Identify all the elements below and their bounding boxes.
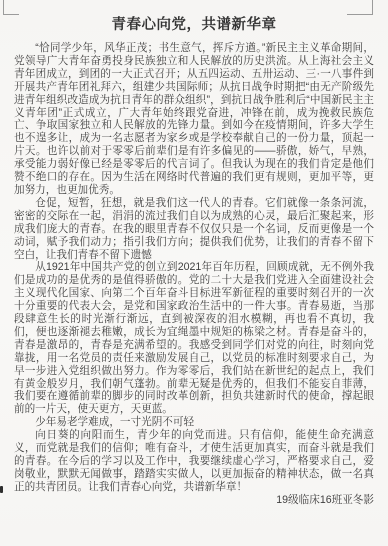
essay-subheading-line: 少年易老学难成，一寸光阴不可轻 [14,416,374,429]
essay-paragraph-5: 向日葵的向阳而生，青少年的向党而进。只有信仰，能使生命充满意义，而党就是我们的信… [14,429,374,494]
essay-title: 青春心向党，共谱新华章 [14,15,374,35]
essay-paragraph-1: “恰同学少年，风华正茂；书生意气，挥斥方遒。”新民主主义革命期间，党领导广大青年… [14,42,374,197]
essay-paragraph-3: 从1921年中国共产党的创立到2021年百年历程，回顾成就，无不例外我们是成功的… [14,261,374,416]
scanned-essay-page: 青春心向党，共谱新华章 “恰同学少年，风华正茂；书生意气，挥斥方遒。”新民主主义… [0,0,388,546]
essay-content: 青春心向党，共谱新华章 “恰同学少年，风华正茂；书生意气，挥斥方遒。”新民主主义… [0,0,388,546]
essay-paragraph-2: 仓促，短暂，狂想，就是我们这一代人的青春。它们就像一条条河流，密密的交际在一起，… [14,197,374,262]
essay-signature: 19级临床16班亚冬影 [14,494,374,507]
